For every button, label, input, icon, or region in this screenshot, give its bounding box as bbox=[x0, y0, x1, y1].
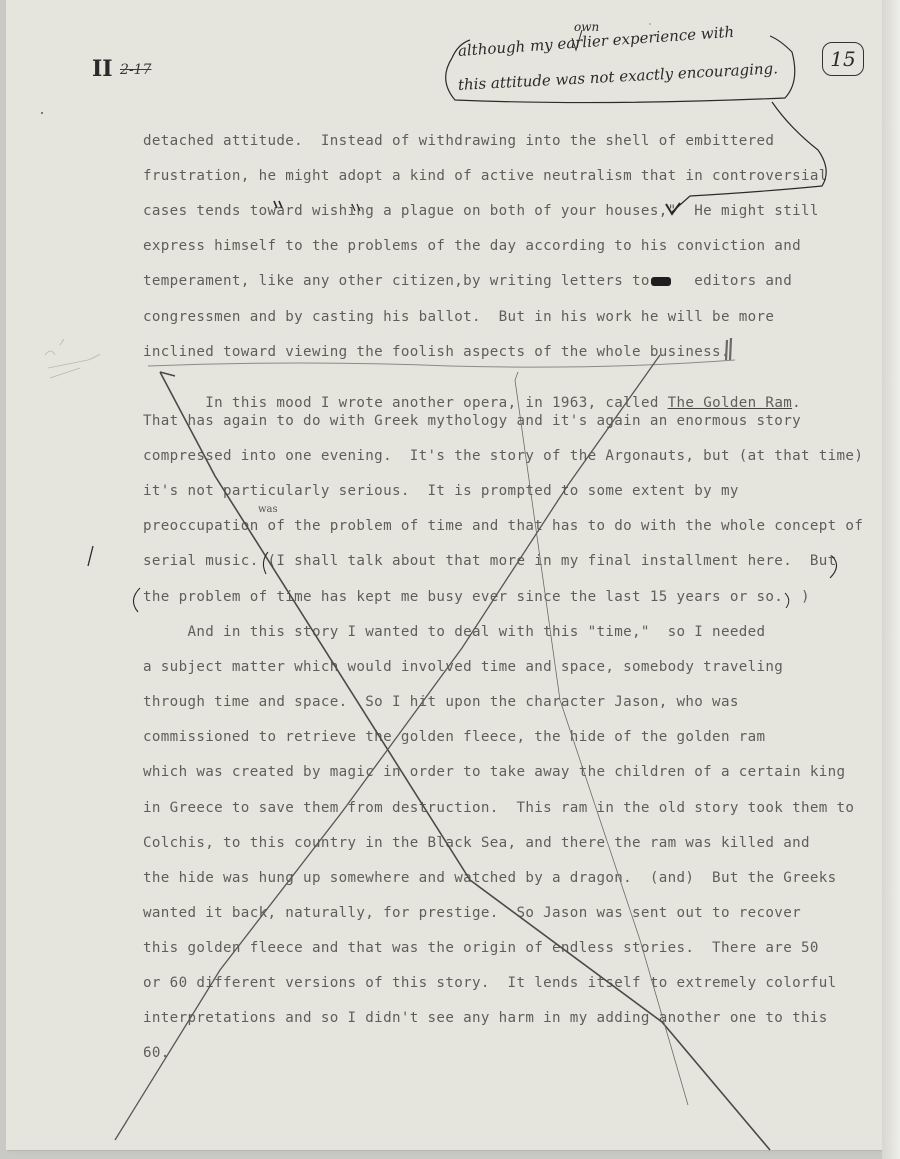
typed-line: serial music. (I shall talk about that m… bbox=[143, 553, 837, 570]
typed-line: a subject matter which would involved ti… bbox=[143, 659, 783, 676]
page-number: 15 bbox=[822, 42, 864, 76]
typed-line: inclined toward viewing the foolish aspe… bbox=[143, 344, 730, 361]
typed-line: which was created by magic in order to t… bbox=[143, 764, 845, 781]
typed-line: detached attitude. Instead of withdrawin… bbox=[143, 133, 774, 150]
typed-line: in Greece to save them from destruction.… bbox=[143, 800, 854, 817]
typed-line: Colchis, to this country in the Black Se… bbox=[143, 835, 810, 852]
typed-line: or 60 different versions of this story. … bbox=[143, 975, 837, 992]
title-period: . bbox=[792, 395, 801, 411]
typed-line: temperament, like any other citizen,by w… bbox=[143, 273, 792, 290]
typed-line: it's not particularly serious. It is pro… bbox=[143, 483, 739, 500]
typed-line: compressed into one evening. It's the st… bbox=[143, 448, 863, 465]
typed-line: this golden fleece and that was the orig… bbox=[143, 940, 819, 957]
typed-line: frustration, he might adopt a kind of ac… bbox=[143, 168, 828, 185]
struck-page-number: 2-17 bbox=[120, 62, 151, 78]
opera-title: The Golden Ram bbox=[668, 395, 792, 411]
typed-line: the hide was hung up somewhere and watch… bbox=[143, 870, 837, 887]
typed-line: cases tends toward wishing a plague on b… bbox=[143, 203, 819, 220]
page-edge bbox=[882, 0, 900, 1159]
typed-line: the problem of time has kept me busy eve… bbox=[143, 589, 810, 606]
typed-line: interpretations and so I didn't see any … bbox=[143, 1010, 828, 1027]
interlinear-insert: was bbox=[258, 504, 278, 515]
typed-line: congressmen and by casting his ballot. B… bbox=[143, 309, 774, 326]
typed-line: wanted it back, naturally, for prestige.… bbox=[143, 905, 801, 922]
typed-line: commissioned to retrieve the golden flee… bbox=[143, 729, 765, 746]
typed-line: through time and space. So I hit upon th… bbox=[143, 694, 739, 711]
typed-line: express himself to the problems of the d… bbox=[143, 238, 801, 255]
typed-line: preoccupation of the problem of time and… bbox=[143, 518, 863, 535]
typed-line: 60. bbox=[143, 1045, 170, 1062]
section-mark: II bbox=[92, 56, 113, 82]
paragraph-2-opening: In this mood I wrote another opera, in 1… bbox=[161, 395, 668, 411]
paragraph-2-first-line: In this mood I wrote another opera, in 1… bbox=[143, 378, 801, 412]
typed-line: That has again to do with Greek mytholog… bbox=[143, 413, 801, 430]
typed-line: And in this story I wanted to deal with … bbox=[143, 624, 765, 641]
